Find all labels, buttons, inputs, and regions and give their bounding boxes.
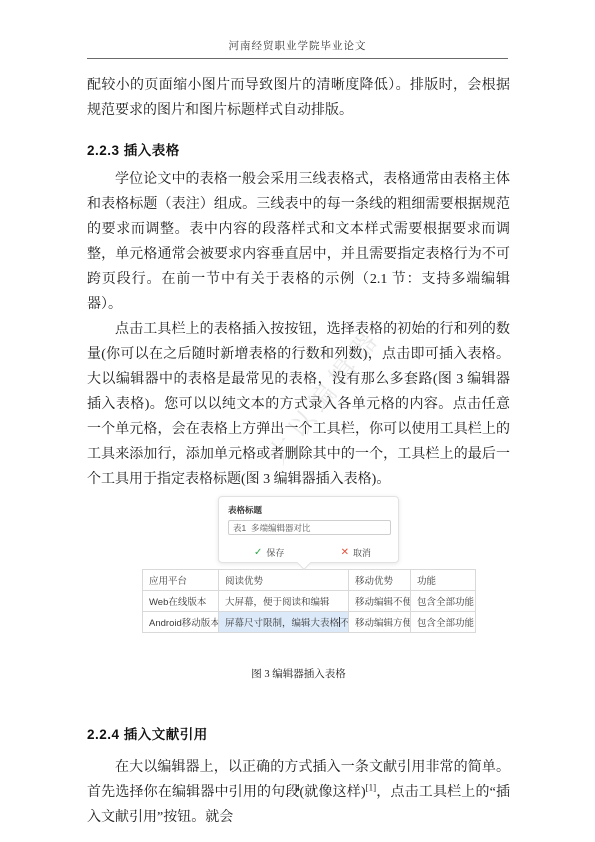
header-cell: 应用平台	[143, 570, 219, 591]
popup-buttons-row: ✓ 保存 ✕ 取消	[254, 546, 371, 559]
table-cell: 移动编辑不便	[349, 591, 411, 612]
table-cell: 包含全部功能	[411, 612, 476, 633]
x-icon: ✕	[341, 547, 349, 558]
table-row: Android移动版本 屏幕尺寸限制，编辑大表格不便 移动编辑方便 包含全部功能	[143, 612, 476, 633]
cell-text-after-caret: 不便	[340, 618, 348, 629]
table-cell: 包含全部功能	[411, 591, 476, 612]
paragraph-table-howto: 点击工具栏上的表格插入按按钮，选择表格的初始的行和列的数量(你可以在之后随时新增…	[87, 317, 510, 492]
section-heading-224: 2.2.4 插入文献引用	[87, 723, 510, 743]
thesis-page: 大以编辑器 河南经贸职业学院毕业论文 配较小的页面缩小图片而导致图片的清晰度降低…	[0, 0, 595, 842]
header-cell: 功能	[411, 570, 476, 591]
comparison-table: 应用平台 阅读优势 移动优势 功能 Web在线版本 大屏幕，便于阅读和编辑 移动…	[142, 569, 476, 633]
table-cell-selected[interactable]: 屏幕尺寸限制，编辑大表格不便	[219, 612, 349, 633]
check-icon: ✓	[254, 547, 262, 558]
table-title-input[interactable]	[228, 520, 391, 535]
table-title-label: 表格标题	[228, 504, 389, 516]
page-number: 4	[0, 783, 595, 794]
save-button[interactable]: ✓ 保存	[254, 546, 284, 559]
header-cell: 阅读优势	[219, 570, 349, 591]
intro-paragraph: 配较小的页面缩小图片而导致图片的清晰度降低）。排版时，会根据规范要求的图片和图片…	[87, 73, 510, 123]
table-cell: 移动编辑方便	[349, 612, 411, 633]
table-cell: Web在线版本	[143, 591, 219, 612]
page-content: 配较小的页面缩小图片而导致图片的清晰度降低）。排版时，会根据规范要求的图片和图片…	[87, 73, 510, 830]
cancel-button[interactable]: ✕ 取消	[341, 546, 371, 559]
table-cell: 大屏幕，便于阅读和编辑	[219, 591, 349, 612]
cell-text-before-caret: 屏幕尺寸限制，编辑大表格	[225, 618, 339, 629]
table-header-row: 应用平台 阅读优势 移动优势 功能	[143, 570, 476, 591]
paragraph-table-intro: 学位论文中的表格一般会采用三线表格式，表格通常由表格主体和表格标题（表注）组成。…	[87, 167, 510, 317]
table-row: Web在线版本 大屏幕，便于阅读和编辑 移动编辑不便 包含全部功能	[143, 591, 476, 612]
running-header: 河南经贸职业学院毕业论文	[87, 38, 508, 59]
save-button-label: 保存	[266, 546, 284, 559]
table-cell: Android移动版本	[143, 612, 219, 633]
cancel-button-label: 取消	[353, 546, 371, 559]
header-cell: 移动优势	[349, 570, 411, 591]
section-heading-223: 2.2.3 插入表格	[87, 139, 510, 159]
figure-caption: 图 3 编辑器插入表格	[87, 666, 510, 681]
table-title-popup: 表格标题 ✓ 保存 ✕ 取消	[218, 496, 399, 563]
figure-editor-insert-table: 表格标题 ✓ 保存 ✕ 取消 应用平台	[87, 496, 510, 646]
